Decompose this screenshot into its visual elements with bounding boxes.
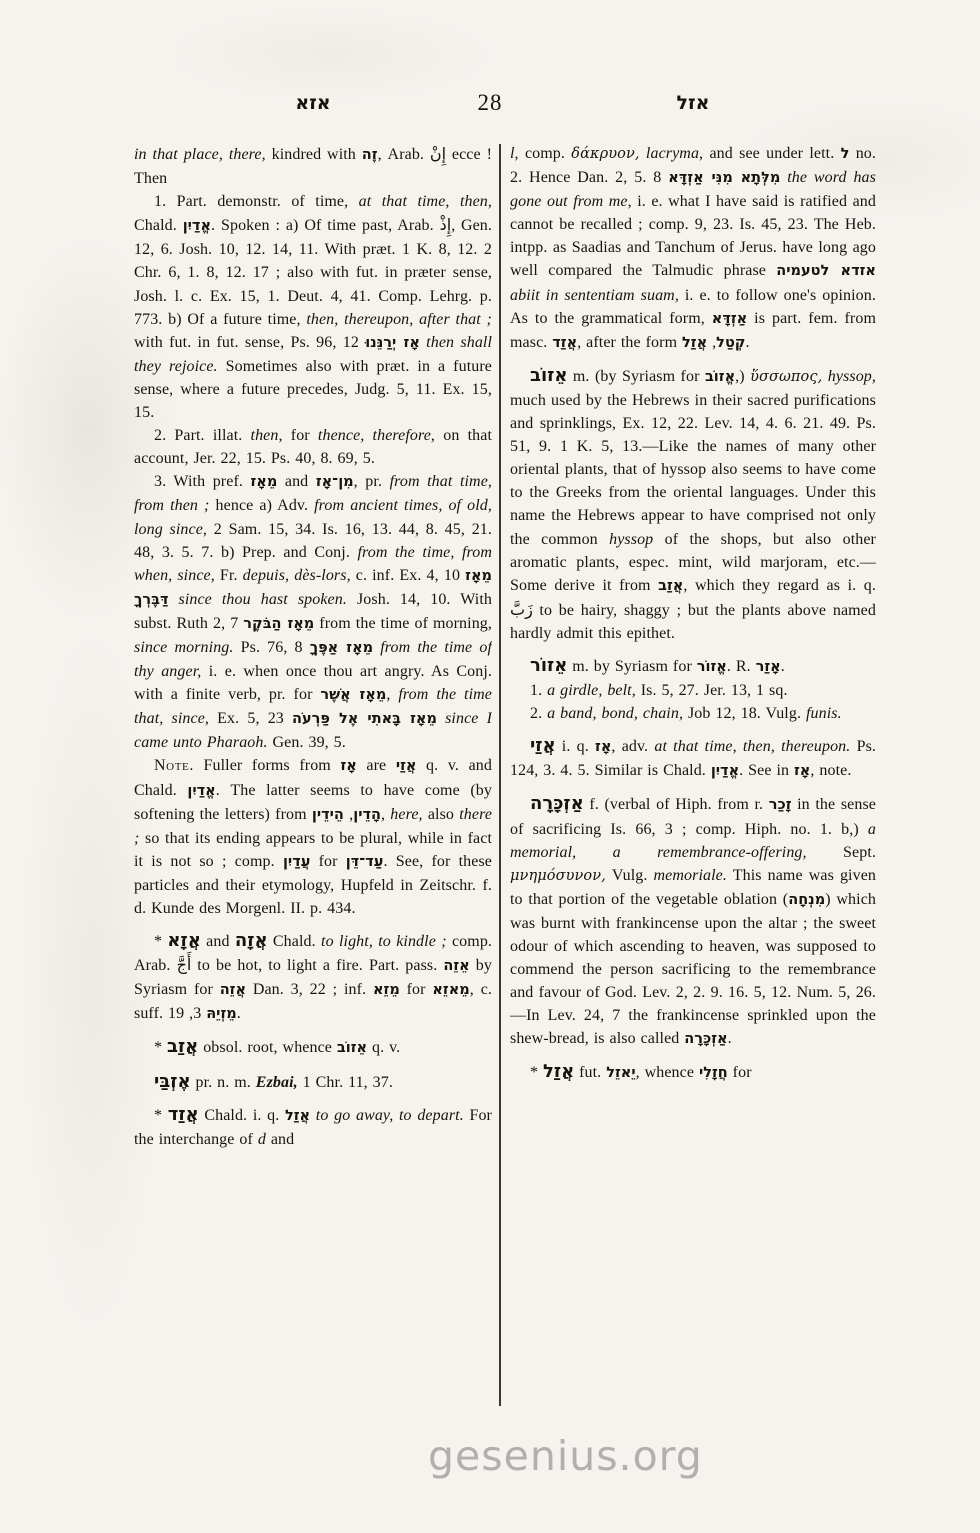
hebrew-text: אֵזוֹר [530, 655, 567, 676]
text-run: 2. [530, 705, 547, 722]
text-run: Is. 5, 27. Jer. 13, 1 sq. [636, 682, 788, 699]
text-run: here, [390, 806, 422, 823]
hebrew-text: אֶזְבַּי [154, 1071, 191, 1092]
text-run: . [745, 334, 749, 351]
text-run: , pr. [354, 473, 390, 490]
text-run: f. (verbal of Hiph. from r. [584, 796, 769, 813]
hebrew-text: אֲזֵה [220, 982, 246, 998]
text-run: and [201, 933, 235, 950]
text-run: obsol. root, whence [198, 1039, 337, 1056]
text-run: funis. [806, 705, 842, 722]
hebrew-text: חֲזָלִי [699, 1065, 728, 1081]
text-run: Vulg. [606, 867, 654, 884]
text-run: Fuller forms from [194, 757, 341, 774]
text-run: 3. With pref. [154, 473, 251, 490]
paragraph-numbered: 2. a band, bond, chain, Job 12, 18. Vulg… [510, 702, 876, 725]
text-run: memoriale. [654, 867, 727, 884]
text-run: Ex. 5, 23 [209, 710, 292, 727]
text-run: comp. [519, 145, 572, 162]
text-run: Note. [154, 757, 194, 774]
arabic-text: أَجَّ [177, 955, 192, 974]
text-run: and [277, 473, 315, 490]
text-run: , [381, 806, 390, 823]
hebrew-text: עֲדַיִן [283, 854, 310, 870]
column-divider-rule [499, 144, 501, 1406]
hebrew-text: אֱדַיִן [711, 763, 739, 779]
text-run: d [258, 1131, 266, 1148]
text-run: , adv. [611, 738, 654, 755]
text-run: Job 12, 18. Vulg. [683, 705, 806, 722]
hebrew-text: אֱדַיִן [187, 783, 215, 799]
text-run: , [386, 686, 398, 703]
paragraph-numbered: 1. Part. demonstr. of time, at that time… [134, 190, 492, 424]
text-run: Chald. [134, 217, 183, 234]
paragraph-entry: אֲזַי i. q. אָז, adv. at that time, then… [510, 734, 876, 783]
text-run: and [266, 1131, 294, 1148]
text-run: , [707, 334, 716, 351]
hebrew-text: יֵאזֵל [606, 1065, 635, 1081]
text-run: much used by the Hebrews in their sacred… [510, 392, 876, 548]
text-run: with fut. in fut. sense, Ps. 96, 12 [134, 334, 365, 351]
paragraph-entry: אַזְכָּרָה f. (verbal of Hiph. from r. ז… [510, 792, 876, 1051]
paragraph-entry: אֶזְבַּי pr. n. m. Ezbai, 1 Chr. 11, 37. [134, 1070, 492, 1094]
text-run: also [423, 806, 460, 823]
text-run: pr. n. m. [191, 1074, 256, 1091]
hebrew-text: אֲזַי [530, 735, 556, 756]
text-run: m. (by Syriasm for [567, 368, 704, 385]
paragraph-entry: אֵזוֹב m. (by Syriasm for אֱזוֹב,) ὕσσωπ… [510, 364, 876, 645]
text-run: kindred with [266, 146, 362, 163]
hebrew-text: אזדא לטעמיה [776, 263, 876, 279]
text-run: a girdle, belt, [547, 682, 636, 699]
text-run: to be hot, to light a fire. Part. pass. [191, 957, 443, 974]
text-run: m. by Syriasm for [567, 658, 696, 675]
text-run: , Arab. [378, 146, 430, 163]
text-run: 1 Chr. 11, 37. [298, 1074, 393, 1091]
hebrew-text: אֲזַב [167, 1036, 198, 1057]
hebrew-text: מֵזֵא [373, 982, 400, 998]
text-run: . R. [727, 658, 756, 675]
text-run [168, 591, 178, 608]
text-run: for [310, 853, 345, 870]
text-run: Chald. i. q. [199, 1107, 285, 1124]
hebrew-text: אֲזָא [167, 930, 200, 951]
text-run: i. q. [556, 738, 595, 755]
text-run: * [154, 1107, 168, 1124]
text-run: 2. Part. illat. [154, 427, 251, 444]
paragraph-numbered: 2. Part. illat. then, for thence, theref… [134, 424, 492, 470]
hebrew-text: מֵאָז הַבֹּקֶר [243, 616, 314, 632]
greek-text: μνημόσυνον, [510, 868, 606, 884]
hebrew-text: אֱדַיִן [183, 218, 211, 234]
text-run: c. inf. Ex. 4, 10 [351, 567, 465, 584]
paragraph-note: Note. Fuller forms from אָז are אֲזַי q.… [134, 754, 492, 920]
hebrew-text: מֵאָז אֲשֶׁר [320, 687, 386, 703]
hebrew-text: אֲזַל [543, 1061, 574, 1082]
text-run: for [400, 981, 433, 998]
text-run: q. v. [367, 1039, 400, 1056]
hebrew-text: אָז [794, 763, 810, 779]
hebrew-text: אָז יְרַנֵּנוּ [365, 335, 420, 351]
paragraph-entry: אֵזוֹר m. by Syriasm for אֱזוֹר. R. אָזַ… [510, 654, 876, 679]
arabic-text: زَبَّ [510, 600, 533, 619]
watermark-text: gesenius.org [428, 1432, 703, 1480]
text-run: then, thereupon, after that ; [306, 311, 492, 328]
paragraph-entry: * אֲזַל fut. יֵאזֵל, whence חֲזָלִי for [510, 1060, 876, 1085]
hebrew-text: אֲזַל [682, 335, 707, 351]
text-run: Fr. [215, 567, 243, 584]
text-run: , which they regard as i. q. [683, 577, 876, 594]
text-run: * [154, 1039, 167, 1056]
text-run: . [781, 658, 785, 675]
hebrew-text: אֲזָה [235, 930, 268, 951]
right-text-column: l, comp. δάκρυον, lacryma, and see under… [510, 142, 876, 1432]
hebrew-text: אֵזוֹב [337, 1040, 367, 1056]
hebrew-text: אָז [595, 739, 611, 755]
text-run: at that time, then, thereupon. [654, 738, 850, 755]
left-text-column: in that place, there, kindred with זֶה, … [134, 142, 492, 1432]
text-run: lacryma, [646, 145, 703, 162]
hebrew-text: אֲזַד [168, 1104, 199, 1125]
hebrew-text: אֲזַל [285, 1108, 310, 1124]
text-run: hence a) Adv. [210, 497, 315, 514]
hebrew-text: מֵאזֵא [432, 982, 469, 998]
hebrew-text: אַזְדָּא [712, 311, 747, 327]
hebrew-text: מִנְחָה [788, 892, 825, 908]
text-run [437, 710, 445, 727]
hebrew-text: אַזְכָּרָה [530, 793, 584, 814]
arabic-text: إِنْ [430, 144, 446, 163]
paragraph-entry: * אֲזַב obsol. root, whence אֵזוֹב q. v. [134, 1035, 492, 1060]
text-run: * [154, 933, 167, 950]
hebrew-text: מִלְּתָא מִנִּי אַזְדָּא [668, 170, 780, 186]
hebrew-text: מֵאָז [251, 474, 278, 490]
hebrew-text: אָז [340, 758, 356, 774]
text-run: 1. [530, 682, 547, 699]
text-run: Chald. [268, 933, 321, 950]
greek-text: δάκρυον, [571, 146, 639, 162]
text-run: for [283, 427, 318, 444]
paragraph-numbered: 3. With pref. מֵאָז and מִן־אָז, pr. fro… [134, 470, 492, 754]
hebrew-text: אֵזֵה [443, 958, 469, 974]
hebrew-text: זֶה [362, 147, 378, 163]
hebrew-text: עַד־דֵּן [346, 854, 384, 870]
hebrew-text: אֲזַי [396, 758, 417, 774]
text-run: and see under lett. [703, 145, 840, 162]
text-run: a band, bond, chain, [547, 705, 683, 722]
hebrew-text: אֱזוֹר [697, 659, 727, 675]
text-run: 1. Part. demonstr. of time, [154, 193, 359, 210]
hebrew-text: מֵאָז בָּאתִי אֶל פַּרְעֹה [292, 711, 437, 727]
text-run: fut. [574, 1064, 606, 1081]
hebrew-text: אֵזוֹב [530, 365, 567, 386]
paragraph-cont: l, comp. δάκρυον, lacryma, and see under… [510, 142, 876, 355]
paragraph-cont: in that place, there, kindred with זֶה, … [134, 142, 492, 190]
text-run: , [344, 806, 353, 823]
text-run: Dan. 3, 22 ; inf. [246, 981, 373, 998]
text-run: then, [251, 427, 283, 444]
text-run: at that time, then, [359, 193, 492, 210]
hebrew-text: אֲזַב [658, 578, 683, 594]
hebrew-text: מִן־אָז [316, 474, 354, 490]
text-run: Sept. [807, 844, 876, 861]
text-run: since morning. [134, 639, 234, 656]
text-run: Ezbai, [256, 1074, 298, 1091]
paragraph-entry: * אֲזָא and אֲזָה Chald. to light, to ki… [134, 929, 492, 1026]
text-run: hyssop [609, 531, 653, 548]
header-right-hebrew-word: אזל [510, 92, 876, 114]
text-run: in that place, there, [134, 146, 266, 163]
text-run: Gen. 39, 5. [268, 734, 346, 751]
text-run: ) which was burnt with frankincense upon… [510, 891, 876, 1048]
arabic-text: إِذْ [440, 215, 452, 234]
hebrew-text: מֵזְיֵהּ [206, 1006, 237, 1022]
hebrew-text: אֱזוֹב [705, 369, 735, 385]
hebrew-text: הָדֵין [353, 807, 381, 823]
hebrew-text: אַזְכָּרָה [684, 1031, 727, 1047]
text-run: l, [510, 145, 519, 162]
hebrew-text: מֵאָז אַפֶּךָ [310, 640, 373, 656]
text-run: depuis, dès-lors, [243, 567, 351, 584]
hebrew-text: הֵידֵין [312, 807, 344, 823]
text-run: , whence [636, 1064, 699, 1081]
paragraph-entry: * אֲזַד Chald. i. q. אֲזַל to go away, t… [134, 1103, 492, 1151]
text-run: hyssop, [828, 368, 876, 385]
text-run: since thou hast spoken. [179, 591, 347, 608]
text-run: abiit in sententiam suam, [510, 287, 679, 304]
text-run: to be hairy, shaggy ; but the plants abo… [510, 602, 876, 642]
scanned-lexicon-page: אזא 28 אזל in that place, there, kindred… [0, 0, 980, 1533]
text-run: to light, to kindle ; [321, 933, 447, 950]
hebrew-text: אֲזַד [552, 335, 577, 351]
text-run: to go away, to depart. [316, 1107, 464, 1124]
hebrew-text: קְטַל [716, 335, 745, 351]
text-run: . See in [739, 762, 794, 779]
text-run: ,) [735, 368, 750, 385]
greek-text: ὕσσωπος, [750, 369, 822, 385]
text-run: thence, therefore, [318, 427, 435, 444]
text-run: , after the form [577, 334, 682, 351]
paragraph-numbered: 1. a girdle, belt, Is. 5, 27. Jer. 13, 1… [510, 679, 876, 702]
text-run: , note. [810, 762, 851, 779]
text-run: from the time of morning, [314, 615, 492, 632]
text-run: . Spoken : a) Of time past, Arab. [211, 217, 440, 234]
hebrew-text: זָכַר [769, 797, 792, 813]
text-run: Ps. 76, 8 [234, 639, 310, 656]
text-run: for [728, 1064, 752, 1081]
text-run: . [728, 1030, 732, 1047]
text-run: are [357, 757, 396, 774]
hebrew-text: אָזַר [756, 659, 781, 675]
text-run: * [530, 1064, 543, 1081]
